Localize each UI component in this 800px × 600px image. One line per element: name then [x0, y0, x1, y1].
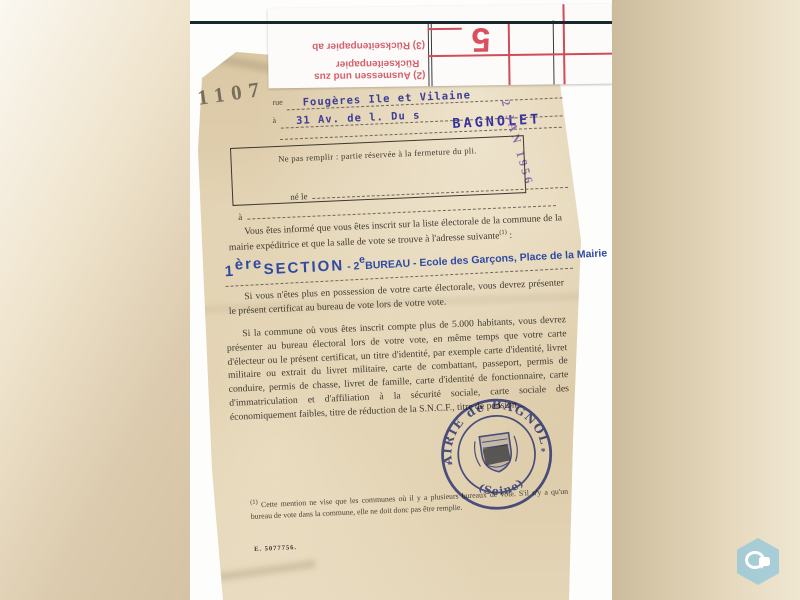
scanner-line: [190, 21, 612, 24]
coat-of-arms: [473, 432, 520, 475]
grid-line: [562, 4, 565, 84]
right-page-margin: [612, 0, 800, 600]
german-line: (3) Rückseitenpapier ab: [272, 39, 425, 52]
footnote-marker: (1): [250, 499, 258, 506]
born-label: né le: [290, 191, 308, 202]
german-label-text: (2) Ausmessen und zus Rückseitenpapier (…: [272, 16, 426, 82]
closure-box-text: Ne pas remplir : partie réservée à la fe…: [231, 143, 523, 166]
scanned-document: (2) Ausmessen und zus Rückseitenpapier (…: [190, 0, 612, 600]
svg-text:(Seine): (Seine): [475, 475, 528, 501]
seal-right-mark: *: [540, 446, 546, 458]
chat-bubble-solid: [759, 557, 770, 566]
at-label: à: [272, 116, 276, 125]
seal-bottom-text: (Seine): [475, 475, 528, 501]
colon: :: [507, 230, 513, 241]
paper-crease: [196, 560, 316, 585]
mairie-seal-stamp: MAIRIE de BAGNOLET (Seine) * *: [430, 388, 564, 526]
chat-bubbles-icon[interactable]: [737, 538, 779, 585]
section-word: SECTION: [263, 257, 344, 278]
screenshot-root: (2) Ausmessen und zus Rückseitenpapier (…: [0, 0, 800, 600]
bureau-word: BUREAU: [365, 258, 410, 272]
seal-graphic: MAIRIE de BAGNOLET (Seine) * *: [430, 388, 563, 521]
left-page-margin: [0, 0, 190, 600]
born-at-label: à: [238, 212, 242, 222]
street-label: rue: [272, 98, 283, 107]
section-ordinal: ère: [234, 255, 263, 273]
german-line: Rückseitenpapier: [272, 57, 419, 70]
label-number: 5: [453, 19, 510, 59]
routing-label: (2) Ausmessen und zus Rückseitenpapier (…: [267, 4, 612, 89]
german-line: (2) Ausmessen und zus: [272, 69, 425, 82]
